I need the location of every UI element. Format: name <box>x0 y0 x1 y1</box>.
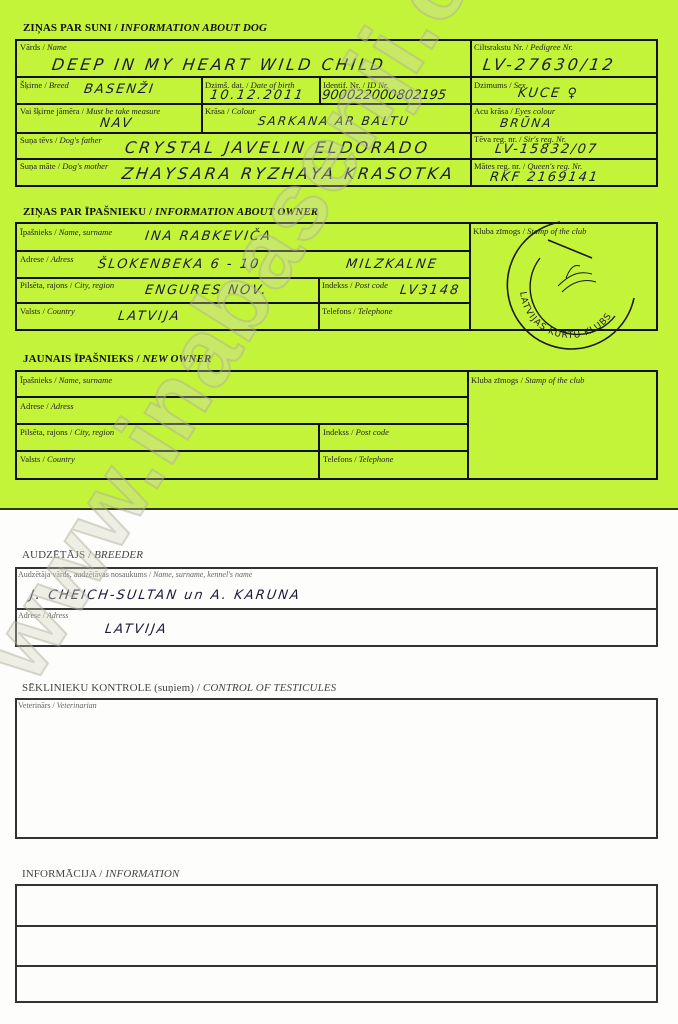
new-owner-city-label[interactable]: Pilsēta, rajons / City, region <box>20 427 114 437</box>
colour-value: SARKANA AR BALTU <box>257 114 411 128</box>
dog-name-value: DEEP IN MY HEART WILD CHILD <box>51 55 387 74</box>
new-owner-postcode-label[interactable]: Indekss / Post code <box>323 427 389 437</box>
mother-value: ZHAYSARA RYZHAYA KRASOTKA <box>121 164 457 183</box>
owner-phone-label: Telefons / Telephone <box>322 306 392 316</box>
owner-name-value: INA RABKEVIČA <box>144 229 273 244</box>
eyes-value: BRŪNA <box>499 116 554 130</box>
dob-value: 10.12.2011 <box>209 88 306 103</box>
owner-city-label: Pilsēta, rajons / City, region <box>20 280 114 290</box>
measure-label: Vai šķirne jāmēra / Must be take measure <box>20 106 160 116</box>
new-owner-phone-label[interactable]: Telefons / Telephone <box>323 454 393 464</box>
owner-section-title: ZIŅAS PAR ĪPAŠNIEKU / INFORMATION ABOUT … <box>23 206 318 218</box>
father-value: CRYSTAL JAVELIN ELDORADO <box>124 138 432 157</box>
info-table <box>15 884 658 1003</box>
owner-address-value-2: MILZKALNE <box>345 257 439 272</box>
father-label: Suņa tēvs / Dog's father <box>20 135 102 145</box>
club-stamp-icon: LATVIJAS KURTU KLUBS <box>500 218 640 358</box>
id-value: 900022000802195 <box>321 88 447 103</box>
new-owner-section-title: JAUNAIS ĪPAŠNIEKS / NEW OWNER <box>23 353 211 365</box>
breeder-address-value: LATVIJA <box>104 622 169 637</box>
sex-value: KUCE ♀ <box>517 86 580 101</box>
owner-country-value: LATVIJA <box>117 309 182 324</box>
new-owner-address-label[interactable]: Adrese / Adress <box>20 401 74 411</box>
breeder-name-value: J. CHEICH-SULTAN un A. KARUNA <box>29 588 302 603</box>
breeder-name-label: Audzētāja vārds, audzētāvas nosaukums / … <box>18 570 252 579</box>
breed-label: Šķirne / Breed <box>20 80 69 90</box>
owner-city-value: ENGURES NOV. <box>144 283 269 298</box>
owner-address-value: ŠLOKENBEKA 6 - 10 <box>97 257 261 272</box>
new-owner-stamp-label[interactable]: Kluba zīmogs / Stamp of the club <box>471 375 584 385</box>
info-section-title: INFORMĀCIJA / INFORMATION <box>22 868 179 880</box>
mother-label: Suņa māte / Dog's mother <box>20 161 108 171</box>
dog-section-title: ZIŅAS PAR SUNI / INFORMATION ABOUT DOG <box>23 22 267 34</box>
owner-country-label: Valsts / Country <box>20 306 75 316</box>
new-owner-name-label[interactable]: Īpašnieks / Name, surname <box>20 375 112 385</box>
eyes-label: Acu krāsa / Eyes colour <box>474 106 555 116</box>
page-edge <box>0 508 678 510</box>
breed-value: BASENŽI <box>83 82 156 97</box>
owner-postcode-value: LV3148 <box>399 283 461 298</box>
colour-label: Krāsa / Colour <box>205 106 256 116</box>
new-owner-country-label[interactable]: Valsts / Country <box>20 454 75 464</box>
owner-postcode-label: Indekss / Post code <box>322 280 388 290</box>
sire-reg-value: LV-15832/07 <box>494 142 599 157</box>
pedigree-label: Ciltsrakstu Nr. / Pedigree Nr. <box>474 42 573 52</box>
queen-reg-value: RKF 2169141 <box>489 170 600 185</box>
name-label: Vārds / Name <box>20 42 67 52</box>
pedigree-value: LV-27630/12 <box>482 55 617 74</box>
breeder-section-title: AUDZĒTĀJS / BREEDER <box>22 549 143 561</box>
breeder-address-label: Adrese / Adress <box>18 611 68 620</box>
testicles-section-title: SĒKLINIEKU KONTROLE (suņiem) / CONTROL O… <box>22 682 336 694</box>
vet-label: Veterinārs / Veterinarian <box>18 701 97 710</box>
owner-name-label: Īpašnieks / Name, surname <box>20 227 112 237</box>
testicles-table <box>15 698 658 839</box>
measure-value: NAV <box>99 116 134 131</box>
owner-address-label: Adrese / Adress <box>20 254 74 264</box>
